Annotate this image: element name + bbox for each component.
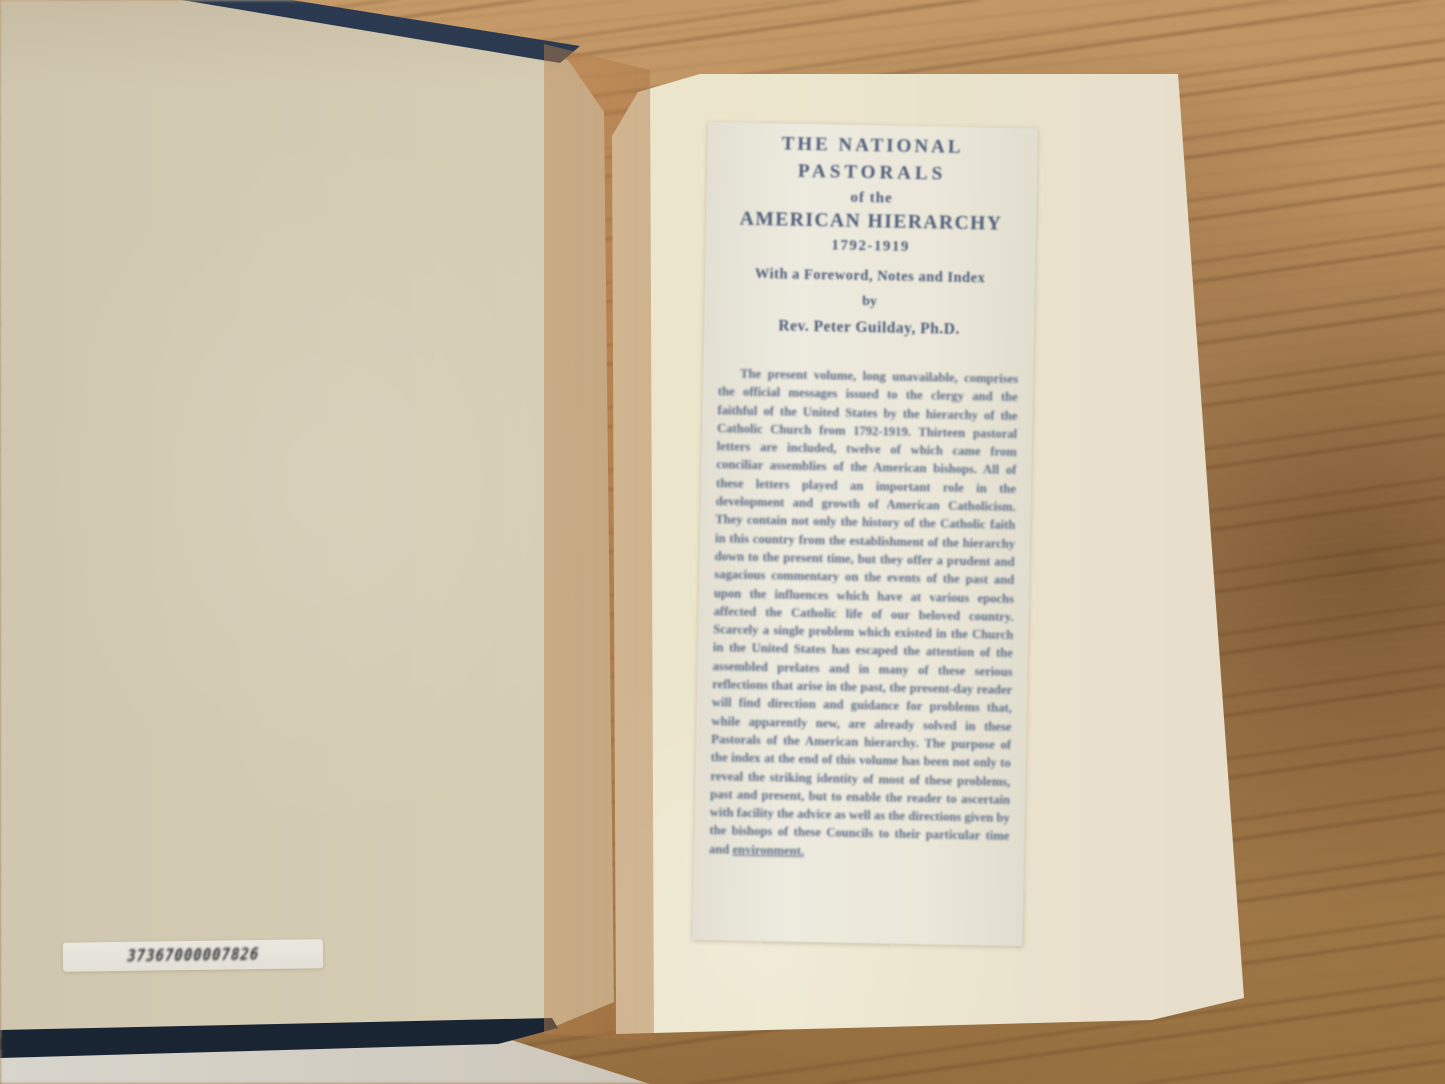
label-body-last-word: environment. [732, 842, 804, 857]
label-body-text: The present volume, long unavailable, co… [709, 367, 1018, 857]
barcode-sticker: 37367000007826 [63, 939, 323, 972]
barcode-number: 37367000007826 [125, 945, 261, 965]
open-book: THE NATIONAL PASTORALS of the AMERICAN H… [0, 0, 1445, 1084]
publisher-label: THE NATIONAL PASTORALS of the AMERICAN H… [692, 122, 1038, 946]
label-author: Rev. Peter Guilday, Ph.D. [719, 312, 1019, 344]
label-body-paragraph: The present volume, long unavailable, co… [709, 364, 1018, 864]
label-text-block: THE NATIONAL PASTORALS of the AMERICAN H… [694, 122, 1038, 864]
